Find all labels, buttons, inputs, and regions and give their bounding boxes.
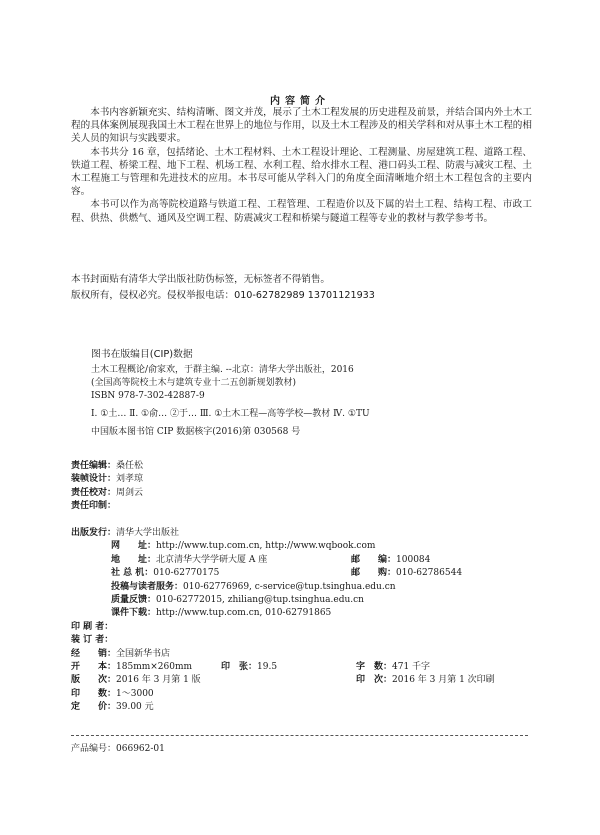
product-code-label: 产品编号： — [71, 744, 116, 754]
format-value: 185mm×260mm — [116, 661, 192, 674]
print-run-row: 印 数： 1～3000 — [71, 688, 551, 701]
credit-label: 装帧设计： — [71, 473, 116, 486]
quality-row: 质量反馈： 010-62772015, zhiliang@tup.tsinghu… — [71, 594, 551, 607]
intro-paragraph: 本书内容新颖充实、结构清晰、图文并茂，展示了土木工程发展的历史进程及前景，并结合… — [71, 106, 532, 146]
dashed-divider — [71, 735, 528, 736]
credit-row: 责任印制： — [71, 500, 143, 513]
impression-label: 印 次： — [356, 674, 392, 687]
reader-service-value: 010-62776969, c-service@tup.tsinghua.edu… — [183, 581, 396, 594]
anti-counterfeit-notice: 本书封面贴有清华大学出版社防伪标签，无标签者不得销售。 版权所有，侵权必究。侵权… — [71, 272, 375, 304]
price-value: 39.00 元 — [116, 701, 154, 714]
printer-row: 印 刷 者： — [71, 621, 551, 634]
quality-value: 010-62772015, zhiliang@tup.tsinghua.edu.… — [156, 594, 364, 607]
publisher-row: 出版发行： 清华大学出版社 — [71, 527, 551, 540]
print-run-label: 印 数： — [71, 688, 116, 701]
cip-number: 中国版本图书馆 CIP 数据核字(2016)第 030568 号 — [91, 426, 370, 439]
intro-section: 本书内容新颖充实、结构清晰、图文并茂，展示了土木工程发展的历史进程及前景，并结合… — [71, 106, 532, 225]
price-label: 定 价： — [71, 701, 116, 714]
notice-line: 版权所有，侵权必究。侵权举报电话：010-62782989 1370112193… — [71, 288, 375, 304]
courseware-row: 课件下载： http://www.tup.com.cn, 010-6279186… — [71, 607, 551, 620]
edition-value: 2016 年 3 月第 1 版 — [116, 674, 201, 687]
credit-value: 桑任松 — [116, 460, 143, 473]
format-row: 开 本：185mm×260mm 印 张：19.5 字 数：471 千字 — [71, 661, 551, 674]
credit-label: 责任印制： — [71, 500, 116, 513]
cip-title: 图书在版编目(CIP)数据 — [91, 346, 193, 360]
website-label: 网 址： — [111, 540, 156, 553]
sheets-label: 印 张： — [221, 661, 257, 674]
distributor-value: 全国新华书店 — [116, 648, 170, 661]
printer-label: 印 刷 者： — [71, 621, 113, 634]
edition-row: 版 次：2016 年 3 月第 1 版 印 次：2016 年 3 月第 1 次印… — [71, 674, 551, 687]
intro-paragraph: 本书可以作为高等院校道路与铁道工程、工程管理、工程造价以及下属的岩土工程、结构工… — [71, 198, 532, 224]
address-row: 地 址：北京清华大学学研大厦 A 座 邮 编：100084 — [71, 554, 551, 567]
credit-value: 刘孝琼 — [116, 473, 143, 486]
credit-label: 责任校对： — [71, 487, 116, 500]
words-value: 471 千字 — [392, 661, 430, 674]
credit-label: 责任编辑： — [71, 460, 116, 473]
impression-value: 2016 年 3 月第 1 次印刷 — [392, 674, 495, 687]
website-value: http://www.tup.com.cn, http://www.wqbook… — [156, 540, 375, 553]
courseware-label: 课件下载： — [111, 607, 156, 620]
product-code-value: 066962-01 — [116, 744, 165, 754]
words-label: 字 数： — [356, 661, 392, 674]
sheets-value: 19.5 — [257, 661, 277, 674]
cip-line: 土木工程概论/俞家欢，于群主编. --北京：清华大学出版社，2016 — [91, 364, 370, 377]
switchboard-label: 社 总 机： — [111, 567, 153, 580]
postcode-label: 邮 编： — [351, 554, 396, 567]
mail-order-value: 010-62786544 — [396, 567, 462, 580]
credit-value: 周剑云 — [116, 487, 143, 500]
credit-row: 责任校对： 周剑云 — [71, 487, 143, 500]
switchboard-value: 010-62770175 — [153, 567, 219, 580]
intro-paragraph: 本书共分 16 章，包括绪论、土木工程材料、土木工程设计理论、工程测量、房屋建筑… — [71, 146, 532, 199]
switchboard-row: 社 总 机：010-62770175 邮 购：010-62786544 — [71, 567, 551, 580]
reader-service-row: 投稿与读者服务： 010-62776969, c-service@tup.tsi… — [71, 581, 551, 594]
colophon: 出版发行： 清华大学出版社 网 址： http://www.tup.com.cn… — [71, 527, 551, 714]
format-label: 开 本： — [71, 661, 116, 674]
cip-classification: Ⅰ. ①土… Ⅱ. ①俞… ②于… Ⅲ. ①土木工程—高等学校—教材 Ⅳ. ①T… — [91, 408, 370, 421]
credits: 责任编辑： 桑任松 装帧设计： 刘孝琼 责任校对： 周剑云 责任印制： — [71, 460, 143, 514]
product-code: 产品编号：066962-01 — [71, 741, 165, 754]
binder-row: 装 订 者： — [71, 634, 551, 647]
address-value: 北京清华大学学研大厦 A 座 — [156, 554, 267, 567]
cip-line: (全国高等院校土木与建筑专业十二五创新规划教材) — [91, 377, 370, 390]
binder-label: 装 订 者： — [71, 634, 113, 647]
distributor-label: 经 销： — [71, 648, 116, 661]
credit-row: 责任编辑： 桑任松 — [71, 460, 143, 473]
postcode-value: 100084 — [396, 554, 430, 567]
publisher-value: 清华大学出版社 — [116, 527, 179, 540]
courseware-value: http://www.tup.com.cn, 010-62791865 — [156, 607, 331, 620]
distributor-row: 经 销： 全国新华书店 — [71, 648, 551, 661]
notice-line: 本书封面贴有清华大学出版社防伪标签，无标签者不得销售。 — [71, 272, 375, 288]
cip-data: 土木工程概论/俞家欢，于群主编. --北京：清华大学出版社，2016 (全国高等… — [91, 364, 370, 439]
address-label: 地 址： — [111, 554, 156, 567]
credit-row: 装帧设计： 刘孝琼 — [71, 473, 143, 486]
edition-label: 版 次： — [71, 674, 116, 687]
publisher-label: 出版发行： — [71, 527, 116, 540]
intro-title: 内容简介 — [0, 92, 600, 107]
mail-order-label: 邮 购： — [351, 567, 396, 580]
website-row: 网 址： http://www.tup.com.cn, http://www.w… — [71, 540, 551, 553]
price-row: 定 价： 39.00 元 — [71, 701, 551, 714]
quality-label: 质量反馈： — [111, 594, 156, 607]
print-run-value: 1～3000 — [116, 688, 154, 701]
cip-isbn: ISBN 978-7-302-42887-9 — [91, 390, 370, 403]
reader-service-label: 投稿与读者服务： — [111, 581, 183, 594]
